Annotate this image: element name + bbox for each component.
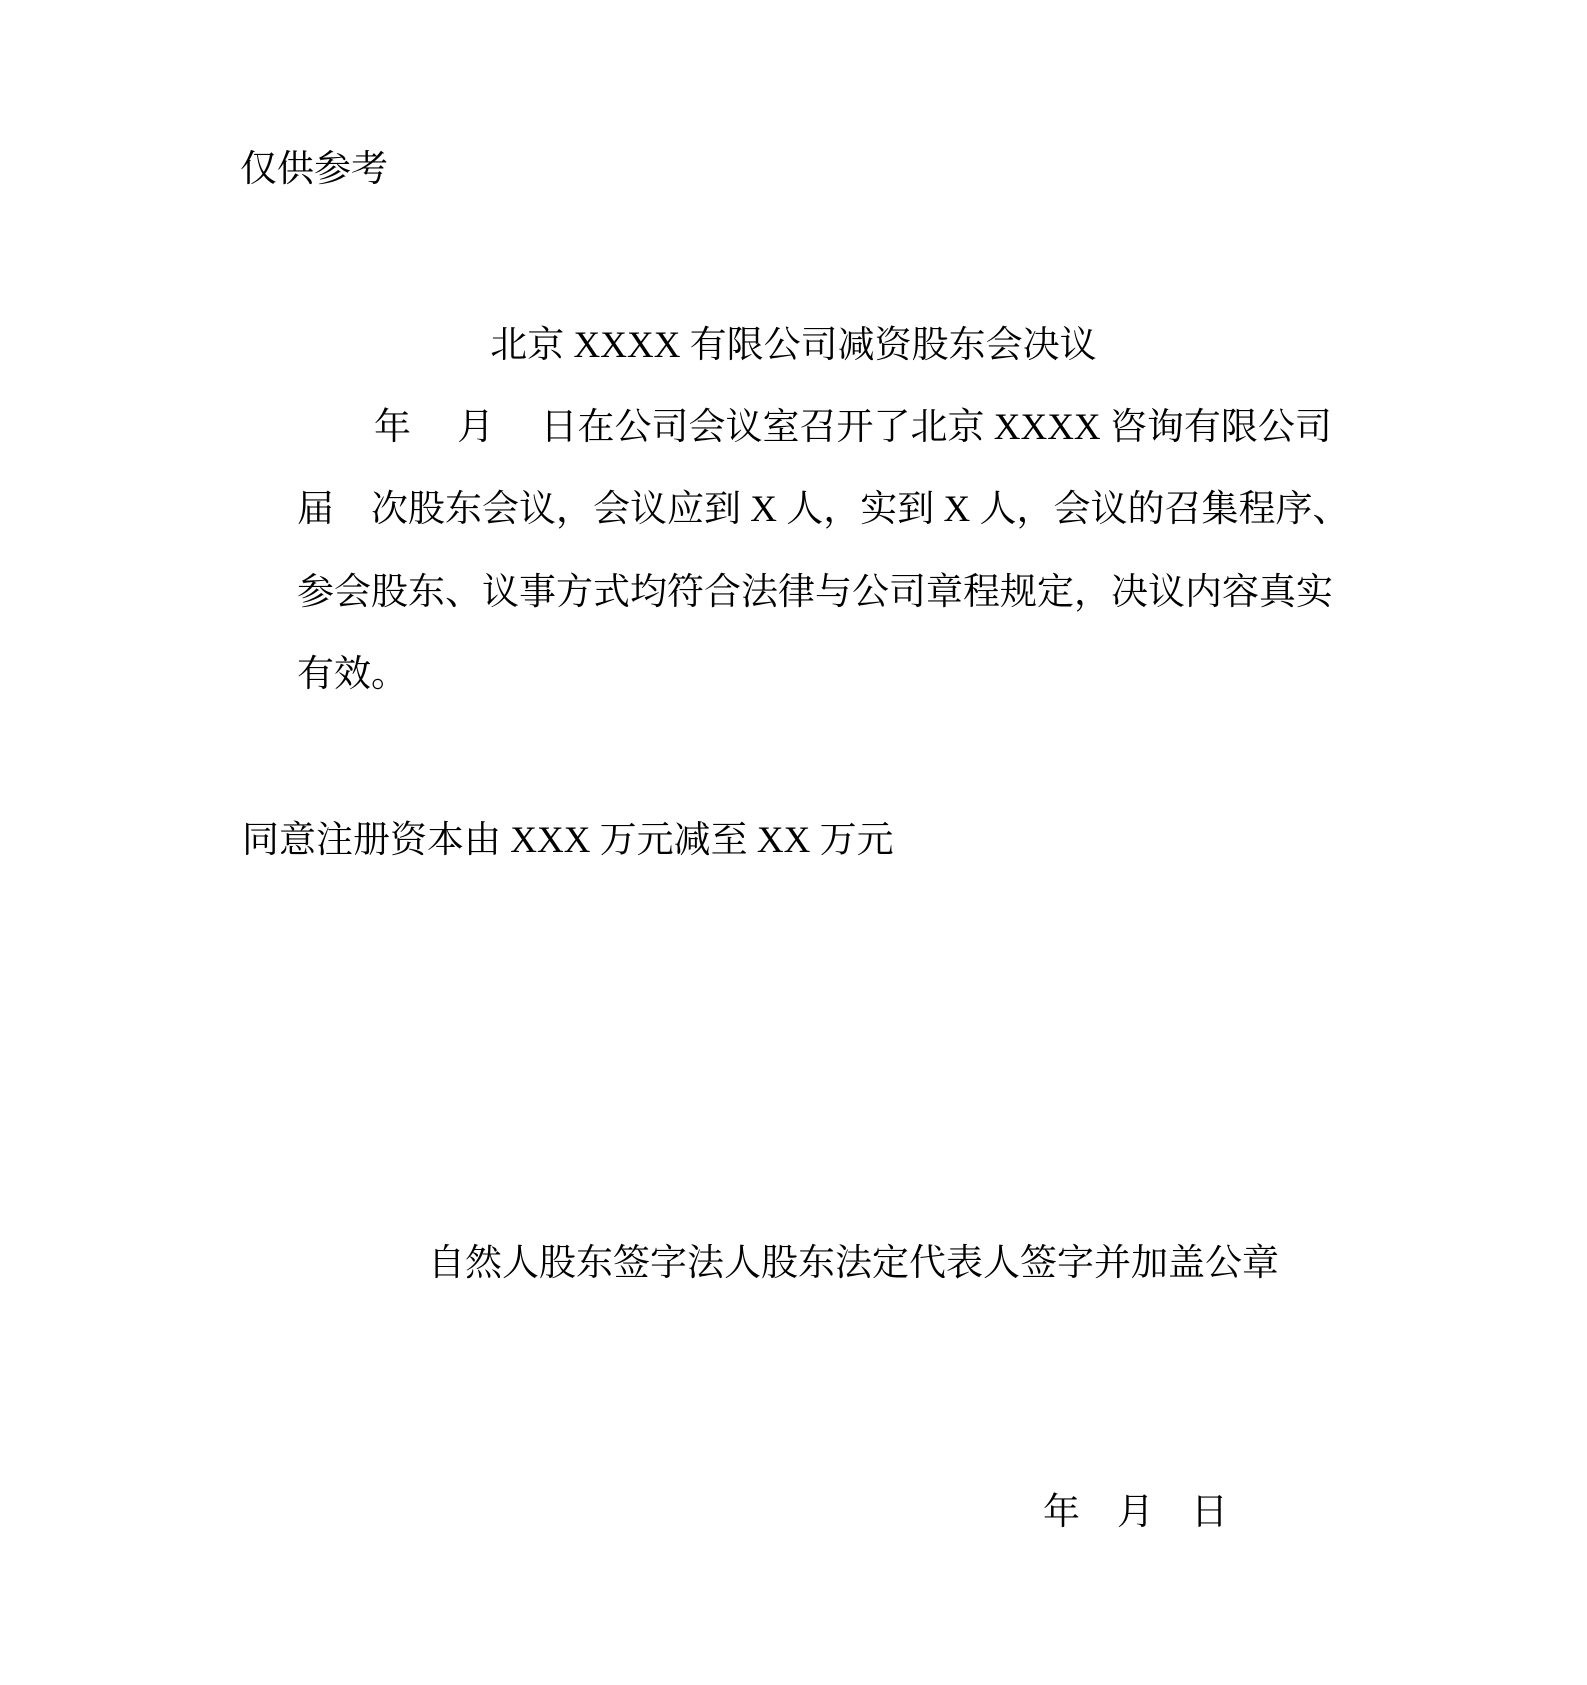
body-paragraph-line-1: 年 月 日在公司会议室召开了北京 XXXX 咨询有限公司	[374, 404, 1332, 452]
date-line: 年 月 日	[1043, 1489, 1228, 1537]
body-paragraph-line-3: 参会股东、议事方式均符合法律与公司章程规定，决议内容真实	[297, 569, 1333, 617]
resolution-line: 同意注册资本由 XXX 万元减至 XX 万元	[242, 817, 894, 865]
document-title: 北京 XXXX 有限公司减资股东会决议	[0, 322, 1587, 370]
signature-instruction-line: 自然人股东签字法人股东法定代表人签字并加盖公章	[428, 1240, 1279, 1288]
body-paragraph-line-4: 有效。	[297, 651, 408, 699]
reference-note: 仅供参考	[240, 146, 388, 194]
body-paragraph-line-2: 届 次股东会议，会议应到 X 人，实到 X 人，会议的召集程序、	[297, 486, 1349, 534]
document-page: 仅供参考 北京 XXXX 有限公司减资股东会决议 年 月 日在公司会议室召开了北…	[0, 0, 1587, 1685]
